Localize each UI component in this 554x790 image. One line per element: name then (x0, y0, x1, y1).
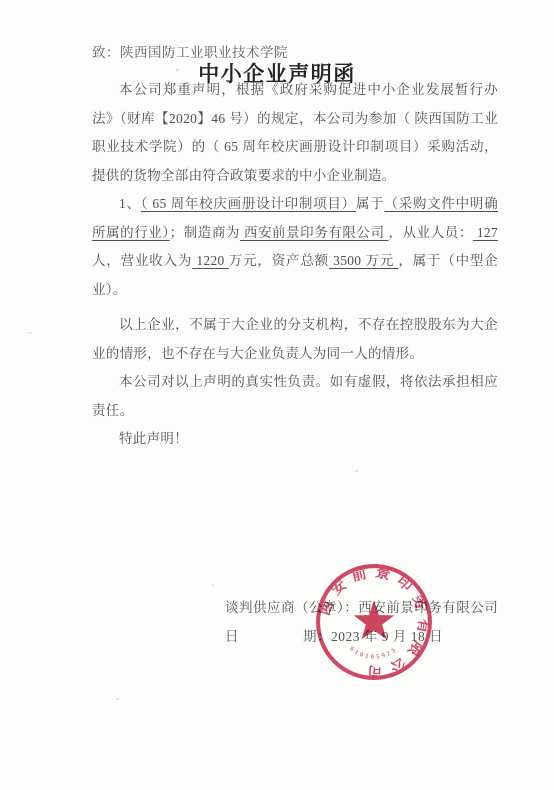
scan-speck (116, 698, 119, 700)
underlined-field: 西安前景印务有限公司 (240, 225, 389, 240)
declaration-paragraph-1: 本公司郑重声明，根据《政府采购促进中小企业发展暂行办法》（财库【2020】46 … (92, 76, 498, 190)
declaration-paragraph-4: 本公司对以上声明的真实性负责。如有虚假，将依法承担相应责任。 (92, 368, 498, 425)
underlined-field: （ 65 周年校庆画册设计印制项目） (141, 196, 356, 211)
text-segment: 1、 (119, 196, 141, 211)
underlined-field: 1220 (192, 253, 229, 268)
text-segment: 属于 (356, 196, 385, 211)
document-body: 致：陕西国防工业职业技术学院 本公司郑重声明，根据《政府采购促进中小企业发展暂行… (92, 0, 498, 454)
scan-speck (176, 69, 179, 71)
company-seal-stamp: 西安前景印务有限公司 6101059232 (313, 561, 435, 683)
text-segment: ，从业人员： (389, 225, 473, 240)
scan-speck (212, 584, 214, 586)
scan-speck (355, 470, 358, 472)
text-segment: 人，营业收入为 (92, 253, 192, 268)
addressee-line: 致：陕西国防工业职业技术学院 (92, 43, 498, 63)
declaration-paragraph-2: 1、（ 65 周年校庆画册设计印制项目）属于（采购文件中明确所属的行业）；制造商… (92, 190, 498, 304)
text-segment: ；制造商为 (170, 225, 240, 240)
underlined-field: 3500 万元 (329, 253, 398, 268)
date-label: 日 (225, 622, 239, 651)
declaration-closing-statement: 特此声明！ (92, 425, 498, 454)
text-segment: 万元，资产总额 (229, 253, 329, 268)
scan-speck (186, 167, 188, 169)
declaration-document-page: 中小企业声明函 致：陕西国防工业职业技术学院 本公司郑重声明，根据《政府采购促进… (0, 0, 554, 790)
underlined-field: 127 (473, 225, 498, 240)
declaration-paragraph-3: 以上企业，不属于大企业的分支机构，不存在控股股东为大企业的情形，也不存在与大企业… (92, 311, 498, 368)
scan-speck (28, 332, 32, 334)
seal-star-icon (354, 601, 395, 640)
seal-svg: 西安前景印务有限公司 6101059232 (313, 561, 435, 683)
